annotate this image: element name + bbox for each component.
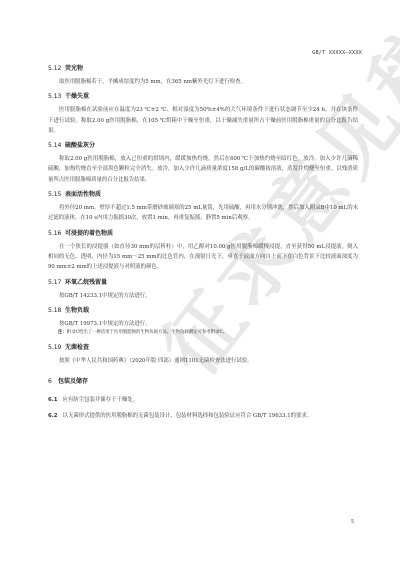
section-heading-5-18: 5.18生物负载 <box>48 306 358 315</box>
section-heading-5-17: 5.17环氧乙烷残留量 <box>48 278 358 287</box>
section-heading-5-12: 5.12荧光物 <box>48 64 358 73</box>
document-page: 征求意见稿 GB/T XXXXX—XXXX 5.12荧光物 取医用脱脂棉若干，平… <box>0 0 400 565</box>
section-paragraph: 称取2.00 g医用脱脂棉，放入已恒重的坩埚内，缓缓加热灼烧，然后在600 ℃下… <box>48 154 358 185</box>
section-paragraph: 按GB/T 19973.1中规定的方法进行。 <box>48 319 358 329</box>
note-text: 附录C给出了一种适用于医用脱脂棉的生物负载方法。生物负载测定可参考附录C。 <box>67 330 227 335</box>
note-label: 注： <box>58 330 67 335</box>
section-note: 注：附录C给出了一种适用于医用脱脂棉的生物负载方法。生物负载测定可参考附录C。 <box>58 329 358 337</box>
document-body: 5.12荧光物 取医用脱脂棉若干，平摊成厚度约为5 mm，在365 nm紫外光灯… <box>48 62 358 421</box>
section-paragraph: 按照《中华人民共和国药典》（2020年版 四部）通则1101无菌检查法进行试验。 <box>48 356 358 366</box>
section-heading-5-13: 5.13干燥失重 <box>48 92 358 101</box>
section-paragraph: 医用脱脂棉在试验前应在温度为23 ℃±2 ℃、相对湿度为50%±4%的大气环境条… <box>48 105 358 136</box>
chapter-heading-6: 6包装及储存 <box>48 377 358 386</box>
standard-code-header: GB/T XXXXX—XXXX <box>312 50 362 56</box>
clause-6-2: 6.2以无菌形式提供的医用脱脂棉的无菌包装设计、包装材料选择和包装验证应符合 G… <box>48 411 358 421</box>
clause-6-1: 6.1应有防尘包装并储存于干燥处。 <box>48 395 358 405</box>
section-paragraph: 取医用脱脂棉若干，平摊成厚度约为5 mm，在365 nm紫外光灯下进行检查。 <box>48 77 358 87</box>
page-number: 5 <box>351 519 354 525</box>
section-heading-5-16: 5.16可浸提的着色物质 <box>48 229 358 238</box>
section-paragraph: 将外径20 mm，壁厚不超过1.5 mm带磨砂玻璃塞的25 mL量筒，先用硫酸，… <box>48 203 358 224</box>
section-paragraph: 在一个狭长的浸提器（如直径30 mm的层析柱）中，用乙醇对10.00 g医用脱脂… <box>48 242 358 273</box>
section-heading-5-14: 5.14硫酸盐灰分 <box>48 141 358 150</box>
section-heading-5-15: 5.15表面活性物质 <box>48 190 358 199</box>
section-paragraph: 按GB/T 14233.1中规定的方法进行。 <box>48 291 358 301</box>
section-heading-5-19: 5.19无菌检查 <box>48 343 358 352</box>
